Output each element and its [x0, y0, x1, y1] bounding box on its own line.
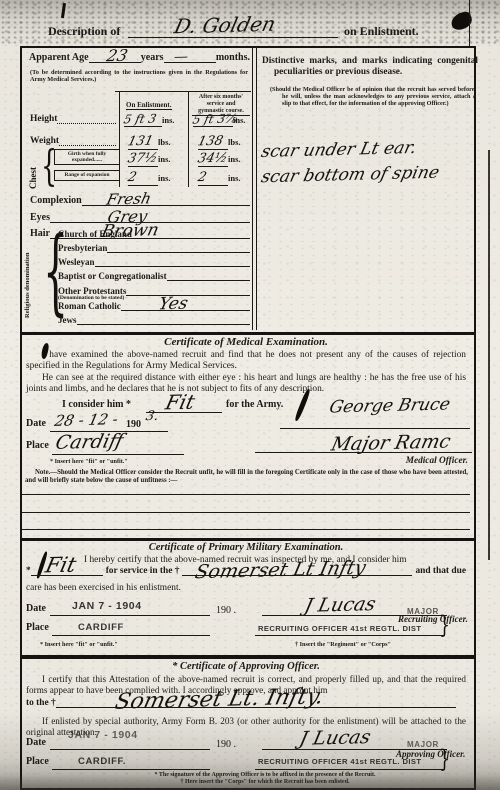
primary-date-underline: [50, 615, 210, 616]
approving-place-stamp: CARDIFF.: [78, 756, 126, 767]
primary-signature: J Lucas: [302, 593, 378, 617]
primary-line3: care has been exercised in his enlistmen…: [26, 583, 181, 593]
primary-footnote-left: * Insert here "fit" or "unfit.": [40, 641, 118, 648]
height-label-row: Height: [30, 114, 116, 124]
religion-wesleyan-line: [95, 266, 250, 267]
medical-officer-signature: George Bruce: [327, 394, 452, 417]
distinctive-marks-note: (Should the Medical Officer be of opinio…: [270, 86, 476, 107]
girth-after-unit: ins.: [228, 154, 241, 164]
approving-place-label: Place: [26, 756, 49, 767]
religion-coe-line: [132, 238, 250, 239]
religion-row-jews: Jews: [58, 315, 250, 325]
approving-year-printed: 190 .: [216, 739, 236, 750]
primary-end-text: and that due: [412, 566, 466, 576]
range-enlist-value: 2: [126, 170, 138, 185]
approving-office-underline: [255, 769, 445, 770]
religion-baptist-line: [167, 280, 250, 281]
medical-place-value: Cardiff: [53, 430, 125, 454]
girth-after-value: 34½: [196, 151, 229, 167]
chest-girth-sublabel: Girth when fully expanded......: [54, 149, 120, 165]
approving-place-underline: [52, 769, 210, 770]
approving-to-row: to the † Somerset Lt. Infty.: [26, 698, 456, 708]
recruit-name-handwriting: D. Golden: [172, 12, 278, 39]
primary-unit-line: Somerset Lt Infty: [182, 575, 412, 576]
weight-enlist-unit: lbs.: [158, 137, 171, 147]
column-divider-1: [252, 46, 253, 330]
height-label: Height: [30, 114, 57, 124]
age-months-line: —: [164, 62, 216, 63]
range-after-unit: ins.: [228, 173, 241, 183]
table-top-rule: [115, 91, 251, 92]
table-vline-2: [188, 91, 189, 187]
range-after-underline: 2: [198, 170, 228, 186]
primary-service-row: * for service in the † Somerset Lt Infty…: [26, 566, 466, 576]
months-label: months.: [216, 52, 250, 63]
apparent-age-row: Apparent Age 23 years — months.: [29, 52, 250, 63]
girth-enlist-value: 37½: [126, 151, 159, 167]
weight-enlist-cell: 131lbs.: [128, 134, 171, 150]
approving-footnote-2: † Here insert the "Corps" for which the …: [95, 779, 435, 786]
medical-title: Certificate of Medical Examination.: [20, 336, 472, 348]
height-enlist-cell: 5 ft 3ins.: [124, 112, 175, 127]
age-years-value: 23: [104, 46, 129, 66]
medical-para2: He can see at the required distance with…: [26, 373, 466, 395]
primary-place-label: Place: [26, 622, 49, 633]
height-after-value: 5 ft 3⅞: [191, 111, 238, 126]
range-after-cell: 2ins.: [198, 170, 241, 186]
height-enlist-underline: 5 ft 3: [124, 112, 162, 127]
religion-presbyterian-label: Presbyterian: [58, 243, 107, 253]
medical-officer-label: Medical Officer.: [360, 456, 468, 466]
years-label: years: [141, 52, 164, 63]
medical-date-value: 28 - 12 -: [53, 410, 120, 430]
range-enlist-cell: 2ins.: [128, 170, 171, 186]
weight-after-cell: 138lbs.: [198, 134, 241, 150]
signature-line-1: [280, 428, 470, 429]
signature-line-2: [255, 452, 472, 453]
approving-date-label: Date: [26, 737, 46, 748]
dotted-leader: [59, 145, 116, 146]
apparent-age-label: Apparent Age: [29, 52, 89, 63]
dotted-leader: [57, 123, 116, 124]
religion-coe-label: Church of England: [58, 229, 132, 239]
col-after-line1: After six months': [192, 94, 250, 101]
primary-unit-value: Somerset Lt Infty: [193, 557, 368, 583]
age-months-value: —: [172, 49, 190, 65]
primary-place-underline: [52, 635, 210, 636]
religion-baptist-label: Baptist or Congregationalist: [58, 271, 167, 281]
girth-after-cell: 34½ins.: [198, 151, 241, 167]
scan-edge-line-top-right: [469, 0, 470, 46]
religion-presbyterian-line: [107, 252, 250, 253]
primary-officer-label: Recruiting Officer.: [398, 614, 468, 624]
range-enlist-unit: ins.: [158, 173, 171, 183]
consider-prefix: I consider him *: [62, 399, 131, 410]
blank-rule-2: [22, 512, 470, 513]
medical-date-label: Date: [26, 418, 46, 429]
marks-handwriting-line1: scar under Lt ear.: [259, 138, 418, 162]
approving-signature: J Lucas: [297, 726, 373, 750]
girth-enlist-unit: ins.: [158, 154, 171, 164]
height-after-underline: 5 ft 3⅞: [193, 112, 233, 127]
medical-fit-value: Fit: [163, 390, 197, 415]
religion-vertical-label: Religious denomination: [23, 246, 43, 324]
complexion-label: Complexion: [30, 195, 82, 206]
approving-title: * Certificate of Approving Officer.: [20, 661, 472, 672]
religion-row-presbyterian: Presbyterian: [58, 243, 250, 253]
religion-rc-label: Roman Catholic: [58, 301, 121, 311]
approving-to-label: to the †: [26, 698, 56, 708]
height-enlist-value: 5 ft 3: [122, 112, 157, 127]
attestation-form-page: Description of D. Golden on Enlistment. …: [0, 0, 500, 790]
medical-date-year-printed: 190: [126, 419, 141, 430]
column-divider-2: [256, 46, 257, 330]
approving-footnote-1: * The signature of the Approving Officer…: [95, 772, 435, 779]
primary-title: Certificate of Primary Military Examinat…: [20, 542, 472, 553]
weight-after-underline: 138: [198, 134, 228, 150]
header-underline: [128, 37, 338, 38]
primary-office-stamp: RECRUITING OFFICER 41st REGTL. DIST: [258, 624, 421, 633]
consider-suffix: for the Army.: [226, 399, 283, 410]
ink-tick-mark: [61, 3, 66, 18]
complexion-line: Fresh: [82, 205, 250, 206]
medical-place-label: Place: [26, 440, 49, 451]
apparent-age-note: (To be determined according to the instr…: [30, 69, 248, 83]
distinctive-marks-title: Distinctive marks, and marks indicating …: [262, 56, 478, 78]
primary-footnote-right: † Insert the "Regiment" or "Corps": [295, 641, 391, 648]
height-after-cell: 5 ft 3⅞ins.: [193, 112, 246, 127]
col-after-line2: service and: [192, 101, 250, 108]
chest-range-sublabel: Range of expansion: [54, 170, 120, 181]
range-after-value: 2: [196, 170, 208, 185]
approving-rank-stamp: MAJOR: [407, 740, 439, 749]
header-suffix: on Enlistment.: [344, 24, 419, 39]
girth-enlist-cell: 37½ins.: [128, 151, 171, 167]
religion-jews-label: Jews: [58, 315, 77, 325]
approving-officer-label: Approving Officer.: [396, 749, 465, 759]
weight-after-unit: lbs.: [228, 137, 241, 147]
range-enlist-underline: 2: [128, 170, 158, 186]
medical-place-underline: [52, 454, 184, 455]
primary-year-printed: 190 .: [216, 605, 236, 616]
chest-vertical-label: Chest: [28, 147, 38, 189]
medical-para1: I have examined the above-named recruit …: [26, 350, 466, 372]
age-years-line: 23: [89, 62, 141, 63]
medical-footnote: * Insert here "fit" or "unfit.": [50, 458, 128, 465]
religion-wesleyan-label: Wesleyan: [58, 257, 95, 267]
primary-date-label: Date: [26, 603, 46, 614]
primary-office-underline: [255, 635, 445, 636]
primary-date-stamp: JAN 7 - 1904: [72, 600, 142, 612]
medical-note: Note.—Should the Medical Officer conside…: [25, 469, 468, 485]
weight-enlist-underline: 131: [128, 134, 158, 150]
religion-row-coe: Church of England: [58, 229, 250, 239]
approving-date-underline: [50, 749, 210, 750]
girth-after-underline: 34½: [198, 151, 228, 167]
primary-place-stamp: CARDIFF: [78, 622, 124, 633]
approving-date-stamp: JAN 7 - 1904: [68, 729, 138, 741]
primary-fit-line: [31, 575, 103, 576]
religion-row-wesleyan: Wesleyan: [58, 257, 250, 267]
religion-rc-value: Yes: [156, 294, 189, 315]
girth-enlist-underline: 37½: [128, 151, 158, 167]
blank-rule-3: [22, 529, 470, 530]
height-enlist-unit: ins.: [162, 115, 175, 125]
weight-enlist-value: 131: [126, 134, 154, 150]
weight-after-value: 138: [196, 134, 224, 150]
col-enlistment-header: On Enlistment.: [126, 101, 172, 110]
complexion-row: Complexion Fresh: [30, 195, 250, 206]
header-prefix: Description of: [48, 24, 120, 39]
primary-mid-text: for service in the †: [103, 566, 183, 576]
religion-jews-line: [77, 324, 251, 325]
religion-rc-line: Yes: [121, 310, 250, 311]
approving-unit-line: Somerset Lt. Infty.: [56, 707, 456, 708]
religion-row-roman-catholic: Roman Catholic Yes: [58, 301, 250, 311]
religion-row-baptist: Baptist or Congregationalist: [58, 271, 250, 281]
scan-edge-line-right: [488, 150, 490, 560]
blank-rule-1: [22, 494, 470, 495]
